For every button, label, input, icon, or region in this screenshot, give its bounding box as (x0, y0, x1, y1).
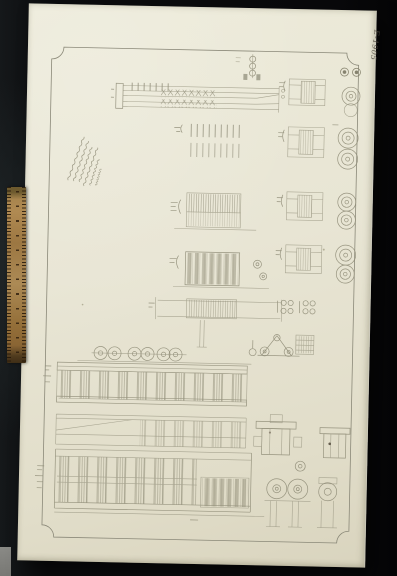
flange-stack-detail (235, 54, 261, 81)
roller-end-view-group-1 (279, 67, 361, 117)
handwritten-title-note (65, 137, 112, 192)
wheel-train (77, 346, 251, 364)
roller-block-detail (169, 251, 270, 288)
roller-end-view-group-3 (276, 192, 356, 230)
beam-assembly-middle (56, 414, 247, 448)
roller-end-view-group-2 (277, 124, 358, 170)
roller-end-view-group-4 (275, 244, 356, 284)
pencil-drawing (17, 3, 377, 567)
small-circle-details (277, 300, 315, 314)
beam-assembly-lower (34, 449, 265, 522)
comb-rack-detail (174, 123, 245, 157)
bearing-details-bottom-right (252, 414, 350, 528)
shaft-assembly-top (111, 82, 285, 113)
hatched-block-detail (170, 192, 257, 230)
drawing-sheet: E-1905 (17, 3, 377, 567)
a-frame-stand (249, 334, 314, 357)
beam-assembly-upper (43, 362, 248, 406)
centre-hatch-strip (148, 297, 282, 349)
gray-marker-patch (0, 547, 11, 576)
wooden-ruler (7, 187, 26, 363)
photo-scene: E-1905 (0, 0, 397, 576)
